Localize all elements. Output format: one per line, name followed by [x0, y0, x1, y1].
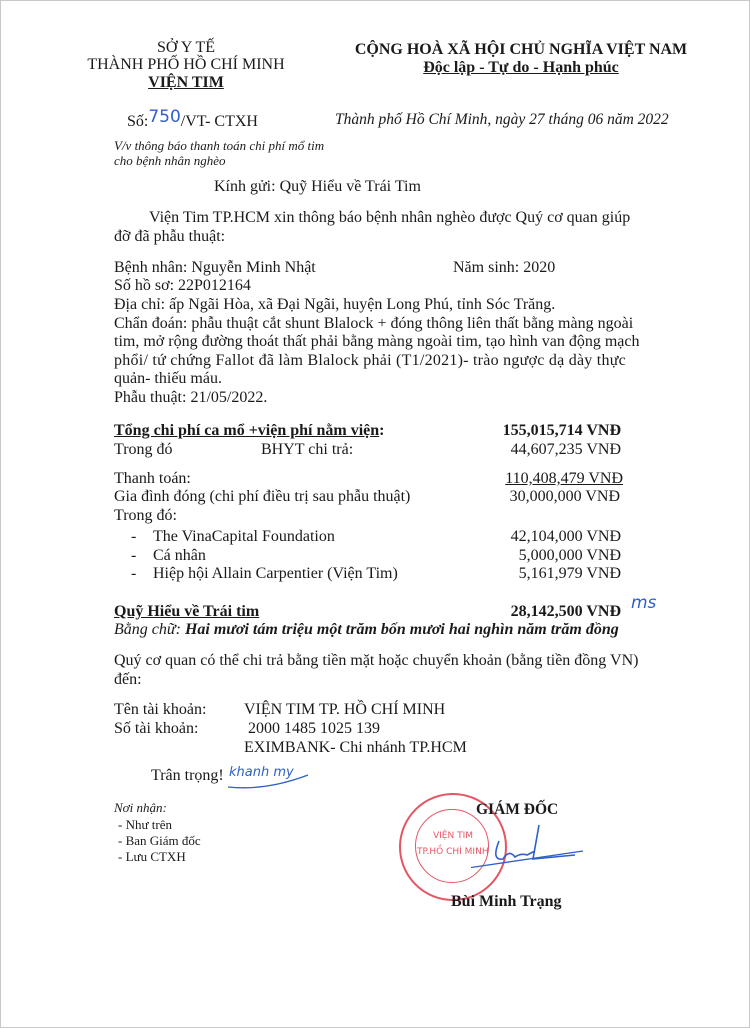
subject-line-1: V/v thông báo thanh toán chi phí mổ tim — [114, 138, 324, 154]
doc-number-prefix: Số: — [127, 113, 148, 130]
fund-label: Quỹ Hiểu về Trái tim — [114, 603, 259, 621]
intro-line-2: đỡ đã phẫu thuật: — [114, 228, 225, 246]
fund-label-text: Quỹ Hiểu về Trái tim — [114, 603, 259, 620]
recipient-item: - Ban Giám đốc — [118, 833, 201, 849]
family-contribution-value: 30,000,000 VNĐ — [441, 488, 620, 506]
breakdown-item-value: 5,000,000 VNĐ — [441, 547, 621, 565]
subject-line-2: cho bệnh nhân nghèo — [114, 153, 226, 169]
diagnosis-line-1: Chẩn đoán: phẫu thuật cắt shunt Blalock … — [114, 315, 633, 333]
greeting: Kính gửi: Quỹ Hiểu về Trái Tim — [214, 178, 421, 196]
city-label: THÀNH PHỐ HỒ CHÍ MINH — [86, 56, 286, 74]
account-number: 2000 1485 1025 139 — [248, 720, 380, 738]
breakdown-item-value: 5,161,979 VNĐ — [441, 565, 621, 583]
signer-title: GIÁM ĐỐC — [476, 801, 558, 819]
breakdown-item-label: Cá nhân — [153, 547, 206, 565]
bank-name: EXIMBANK- Chi nhánh TP.HCM — [244, 739, 467, 757]
amount-in-words: Bằng chữ: Hai mươi tám triệu một trăm bố… — [114, 621, 619, 639]
breakdown-bullet: - — [131, 547, 136, 565]
signer-name: Bùi Minh Trạng — [451, 893, 562, 911]
document-page: SỞ Y TẾ THÀNH PHỐ HỒ CHÍ MINH VIỆN TIM S… — [0, 0, 750, 1028]
recipient-item: - Lưu CTXH — [118, 849, 186, 865]
breakdown-item-label: The VinaCapital Foundation — [153, 528, 335, 546]
payment-label: Thanh toán: — [114, 470, 191, 488]
breakdown-label: Trong đó: — [114, 507, 177, 525]
nation-title: CỘNG HOÀ XÃ HỘI CHỦ NGHĨA VIỆT NAM — [341, 41, 701, 59]
recipients-label: Nơi nhận: — [114, 800, 167, 816]
doc-number-suffix: /VT- CTXH — [181, 113, 258, 130]
surgery-date: Phẫu thuật: 21/05/2022. — [114, 389, 267, 407]
total-cost-label: Tổng chi phí ca mổ +viện phí nằm viện: — [114, 422, 385, 440]
breakdown-item-value: 42,104,000 VNĐ — [441, 528, 621, 546]
patient-name: Bệnh nhân: Nguyễn Minh Nhật — [114, 259, 316, 277]
payment-value-text: 110,408,479 VNĐ — [505, 470, 623, 487]
insurance-prefix: Trong đó — [114, 441, 173, 459]
insurance-label: BHYT chi trả: — [261, 441, 353, 459]
national-motto-text: Độc lập - Tự do - Hạnh phúc — [423, 59, 619, 76]
breakdown-bullet: - — [131, 565, 136, 583]
document-number: Số:750/VT- CTXH — [127, 111, 258, 131]
ministry-label: SỞ Y TẾ — [111, 39, 261, 57]
institute-name: VIỆN TIM — [148, 74, 224, 91]
recipient-item: - Như trên — [118, 817, 172, 833]
payment-note-line-1: Quý cơ quan có thể chi trả bằng tiền mặt… — [114, 652, 638, 670]
intro-line-1: Viện Tim TP.HCM xin thông báo bệnh nhân … — [149, 209, 630, 227]
patient-birth-year: Năm sinh: 2020 — [453, 259, 555, 277]
diagnosis-line-2: tim, mở rộng đường thoát thất phải bằng … — [114, 333, 640, 351]
total-cost-label-text: Tổng chi phí ca mổ +viện phí nằm viện — [114, 422, 379, 439]
breakdown-bullet: - — [131, 528, 136, 546]
doc-number-handwritten: 750 — [148, 107, 180, 127]
payment-value: 110,408,479 VNĐ — [441, 470, 623, 488]
amount-in-words-prefix: Bằng chữ: — [114, 621, 181, 638]
family-contribution-label: Gia đình đóng (chi phí điều trị sau phẫu… — [114, 488, 410, 506]
patient-record-number: Số hồ sơ: 22P012164 — [114, 277, 251, 295]
account-name-label: Tên tài khoản: — [114, 701, 206, 719]
account-number-label: Số tài khoản: — [114, 720, 198, 738]
diagnosis-line-4: quản- thiếu máu. — [114, 370, 222, 388]
closing: Trân trọng! — [151, 767, 224, 785]
account-name: VIỆN TIM TP. HỒ CHÍ MINH — [244, 701, 445, 719]
total-cost-value: 155,015,714 VNĐ — [441, 422, 621, 440]
national-motto: Độc lập - Tự do - Hạnh phúc — [341, 59, 701, 77]
breakdown-item-label: Hiệp hội Allain Carpentier (Viện Tim) — [153, 565, 398, 583]
institute-label: VIỆN TIM — [111, 74, 261, 92]
total-cost-colon: : — [379, 422, 384, 439]
amount-in-words-text: Hai mươi tám triệu một trăm bốn mươi hai… — [185, 621, 619, 638]
insurance-value: 44,607,235 VNĐ — [441, 441, 621, 459]
date-line: Thành phố Hồ Chí Minh, ngày 27 tháng 06 … — [335, 111, 669, 129]
handwritten-flourish-icon — [226, 769, 316, 791]
diagnosis-line-3: phổi/ tứ chứng Fallot đã làm Blalock phả… — [114, 352, 626, 370]
patient-address: Địa chỉ: ấp Ngãi Hòa, xã Đại Ngãi, huyện… — [114, 296, 555, 314]
stamp-line-1: VIỆN TIM — [433, 831, 473, 841]
fund-value: 28,142,500 VNĐ — [441, 603, 621, 621]
payment-note-line-2: đến: — [114, 671, 142, 689]
handwritten-initials: ms — [631, 593, 656, 613]
director-signature-icon — [471, 821, 591, 881]
